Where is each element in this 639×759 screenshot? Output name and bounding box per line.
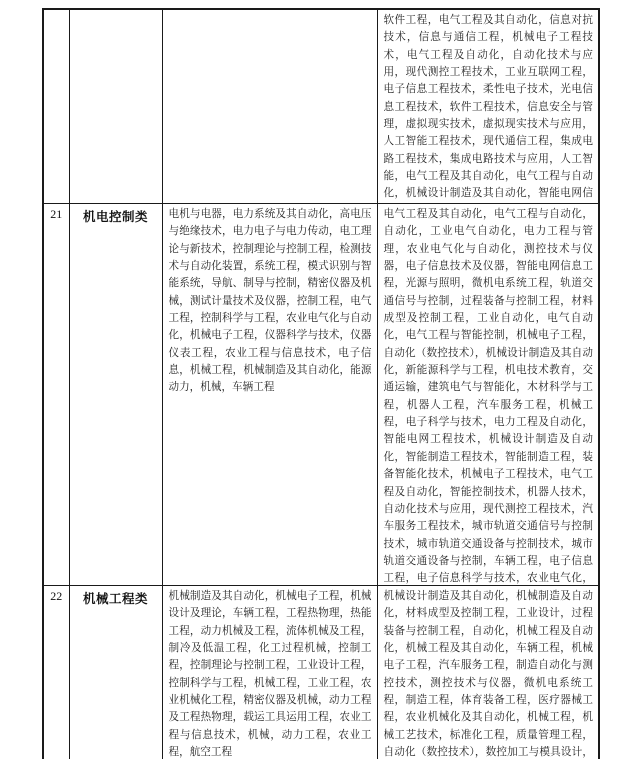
majors-column-b-cell: 软件工程，电气工程及其自动化，信息对抗技术，信息与通信工程，机械电子工程技术，电… [377, 9, 599, 204]
category-cell: 机械工程类 [69, 586, 162, 759]
table-row: 软件工程，电气工程及其自动化，信息对抗技术，信息与通信工程，机械电子工程技术，电… [43, 9, 599, 204]
majors-list-a [163, 10, 377, 202]
majors-table: 软件工程，电气工程及其自动化，信息对抗技术，信息与通信工程，机械电子工程技术，电… [42, 8, 600, 759]
category-cell: 机电控制类 [69, 204, 162, 586]
majors-column-a-cell [162, 9, 377, 204]
row-number: 22 [44, 586, 69, 759]
category-label [70, 10, 162, 203]
majors-list-b: 机械设计制造及其自动化，机械制造及自动化，材料成型及控制工程，工业设计，过程装备… [378, 586, 599, 758]
category-label: 机械工程类 [70, 586, 162, 759]
majors-column-a-cell: 电机与电器，电力系统及其自动化，高电压与绝缘技术，电力电子与电力传动，电工理论与… [162, 204, 377, 586]
majors-list-a: 机械制造及其自动化，机械电子工程，机械设计及理论，车辆工程，工程热物理，热能工程… [163, 586, 377, 758]
majors-column-b-cell: 机械设计制造及其自动化，机械制造及自动化，材料成型及控制工程，工业设计，过程装备… [377, 586, 599, 759]
majors-list-a: 电机与电器，电力系统及其自动化，高电压与绝缘技术，电力电子与电力传动，电工理论与… [163, 204, 377, 584]
row-number: 21 [44, 204, 69, 585]
table-row: 21 机电控制类 电机与电器，电力系统及其自动化，高电压与绝缘技术，电力电子与电… [43, 204, 599, 586]
category-label: 机电控制类 [70, 204, 162, 585]
table-row: 22 机械工程类 机械制造及其自动化，机械电子工程，机械设计及理论，车辆工程，工… [43, 586, 599, 759]
majors-column-b-cell: 电气工程及其自动化，电气工程与自动化，自动化，工业电气自动化，电力工程与管理，农… [377, 204, 599, 586]
row-number [44, 10, 69, 203]
majors-column-a-cell: 机械制造及其自动化，机械电子工程，机械设计及理论，车辆工程，工程热物理，热能工程… [162, 586, 377, 759]
majors-list-b: 软件工程，电气工程及其自动化，信息对抗技术，信息与通信工程，机械电子工程技术，电… [378, 10, 599, 202]
row-number-cell [43, 9, 69, 204]
category-cell [69, 9, 162, 204]
document-page: 软件工程，电气工程及其自动化，信息对抗技术，信息与通信工程，机械电子工程技术，电… [0, 0, 639, 759]
majors-list-b: 电气工程及其自动化，电气工程与自动化，自动化，工业电气自动化，电力工程与管理，农… [378, 204, 599, 584]
row-number-cell: 21 [43, 204, 69, 586]
row-number-cell: 22 [43, 586, 69, 759]
